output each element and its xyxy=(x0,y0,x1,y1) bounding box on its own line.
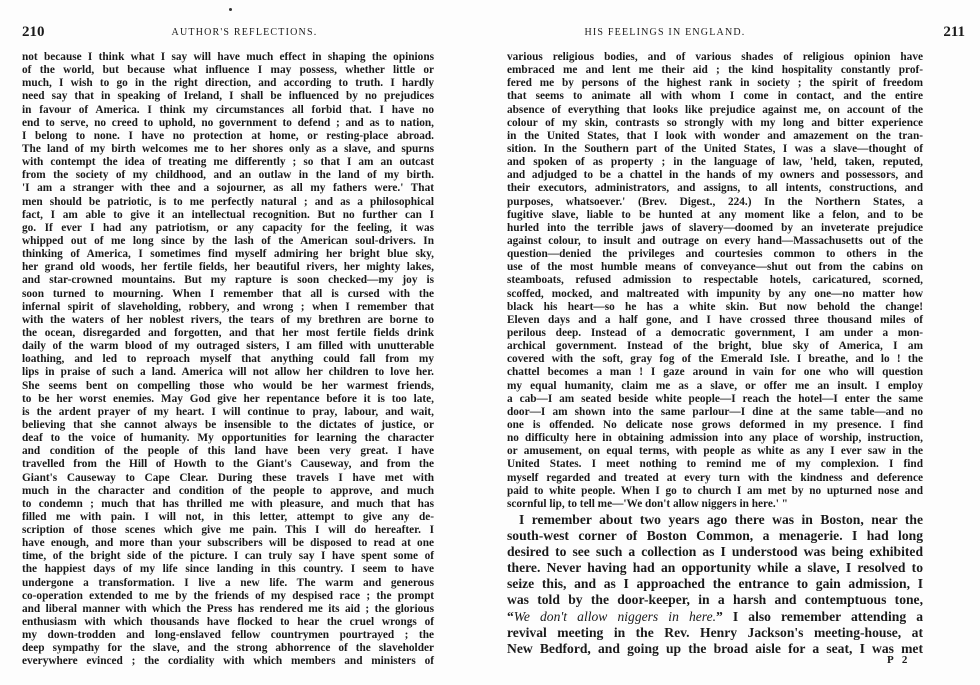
text-line: seize this, and as I approached the entr… xyxy=(507,576,923,592)
text-line: to condemn ; much that has thrilled me w… xyxy=(22,498,434,511)
running-head-title: AUTHOR'S REFLECTIONS. xyxy=(72,27,417,38)
page-number: 211 xyxy=(943,24,965,41)
text-line: scornful lip, to tell me—'We don't allow… xyxy=(507,498,923,511)
text-line: have enough, and more than your subscrib… xyxy=(22,537,434,550)
text-line: time, of the bright side of the picture.… xyxy=(22,550,434,563)
running-head-title: HIS FEELINGS IN ENGLAND. xyxy=(485,27,845,38)
text-line: deep sympathy for the slave, and the str… xyxy=(22,642,434,655)
text-line: co-operation extended to me by the frien… xyxy=(22,590,434,603)
text-line: She seems bent on compelling those who w… xyxy=(22,380,434,393)
text-line: deaf to the voice of humanity. My opport… xyxy=(22,432,434,445)
text-line: much in the character and condition of t… xyxy=(22,485,434,498)
text-line: I belong to none. I have no protection a… xyxy=(22,130,434,143)
text-line: myself regarded and treated at every tur… xyxy=(507,472,923,485)
text-line: The land of my birth welcomes me to her … xyxy=(22,143,434,156)
text-line: question—denied the privileges and court… xyxy=(507,248,923,261)
left-page: 210 AUTHOR'S REFLECTIONS. not because I … xyxy=(0,0,490,685)
text-line: her grand old woods, her fertile fields,… xyxy=(22,261,434,274)
text-line: purposes, whatsoever.' (Brev. Digest., 2… xyxy=(507,196,923,209)
text-line: United States. I meet nothing to remind … xyxy=(507,458,923,471)
printing-speck xyxy=(229,8,232,11)
signature-mark: P 2 xyxy=(887,654,910,666)
text-line: and liberal manner with which the Press … xyxy=(22,603,434,616)
text-line: that seems to animate all with whom I co… xyxy=(507,90,923,103)
text-line: fered me by persons of the highest rank … xyxy=(507,77,923,90)
text-line: and star-crowned mountains. But my raptu… xyxy=(22,274,434,287)
text-line: in the United States, that I look with w… xyxy=(507,130,923,143)
text-line: the ocean, disregarded and forgotten, an… xyxy=(22,327,434,340)
text-line: end to serve, no creed to uphold, no gov… xyxy=(22,117,434,130)
text-line: door—I am shown into the same parlour—I … xyxy=(507,406,923,419)
text-line: Giant's Causeway to Cape Clear. During t… xyxy=(22,472,434,485)
text-line: fugitive slave, liable to be hunted at a… xyxy=(507,209,923,222)
text-line: with the waters of her noblest rivers, t… xyxy=(22,314,434,327)
text-line: one is offended. No delicate nose grows … xyxy=(507,419,923,432)
text-line: archical government. Instead of the brig… xyxy=(507,340,923,353)
right-page: HIS FEELINGS IN ENGLAND. 211 various rel… xyxy=(490,0,980,685)
text-line: and adjudged to be a chattel in the hand… xyxy=(507,169,923,182)
running-head: HIS FEELINGS IN ENGLAND. 211 xyxy=(505,24,965,42)
text-line: colour of my skin, contrasts so strongly… xyxy=(507,117,923,130)
text-line: chattel becomes a man ! I gaze around in… xyxy=(507,366,923,379)
text-line: need say that in speaking of Ireland, I … xyxy=(22,90,434,103)
text-line: from the society of my childhood, and an… xyxy=(22,169,434,182)
text-line: desired to see such a collection as I un… xyxy=(507,544,923,560)
text-line: hurled into the terrible jaws of slavery… xyxy=(507,222,923,235)
text-line: against colour, to insult and outrage on… xyxy=(507,235,923,248)
text-line: and spoken of as property ; in the langu… xyxy=(507,156,923,169)
text-line: men should be patriotic, is to me perfec… xyxy=(22,196,434,209)
text-line: scoffed, mocked, and maltreated with imp… xyxy=(507,288,923,301)
text-line: was told by the door-keeper, in a harsh … xyxy=(507,592,923,608)
body-text: not because I think what I say will have… xyxy=(22,51,434,669)
text-line: everywhere evinced ; the cordiality with… xyxy=(22,655,434,668)
text-line: undergone a transformation. I live a new… xyxy=(22,577,434,590)
text-line: perilous deep. Instead of a democratic g… xyxy=(507,327,923,340)
text-line: believing that she cannot always be inse… xyxy=(22,419,434,432)
text-line: much, I wish to go in the right directio… xyxy=(22,77,434,90)
text-line: absence of everything that looks like pr… xyxy=(507,104,923,117)
text-line: 'I am a stranger with thee and a sojourn… xyxy=(22,182,434,195)
text-line: use of the most humble means of conveyan… xyxy=(507,261,923,274)
text-line: in favour of America. I think my circums… xyxy=(22,104,434,117)
text-line: fact, I am able to give it an intellectu… xyxy=(22,209,434,222)
text-line: with contempt the idea of treating me di… xyxy=(22,156,434,169)
text-line: paid to white people. When I go to churc… xyxy=(507,485,923,498)
text-line: revival meeting in the Rev. Henry Jackso… xyxy=(507,625,923,641)
text-line: enthusiasm with which thousands have flo… xyxy=(22,616,434,629)
book-spread: 210 AUTHOR'S REFLECTIONS. not because I … xyxy=(0,0,980,685)
text-line: black his heart—so he has a white skin. … xyxy=(507,301,923,314)
text-line: covered with the soft, gray fog of the E… xyxy=(507,353,923,366)
text-line: daily of the warm blood of my outraged s… xyxy=(22,340,434,353)
text-line: the happiest days of my life since landi… xyxy=(22,563,434,576)
text-line: to be her worst enemies. May God give he… xyxy=(22,393,434,406)
text-line: of the world, but because what influence… xyxy=(22,64,434,77)
text-line: filled me with pain. I will not, in this… xyxy=(22,511,434,524)
text-line: various religious bodies, and of various… xyxy=(507,51,923,64)
text-line: embraced me and lent me their aid ; the … xyxy=(507,64,923,77)
text-line: “We don't allow niggers in here.” I also… xyxy=(507,609,923,625)
text-line: their executors, administrators, and ass… xyxy=(507,182,923,195)
text-line: is the ardent prayer of my heart. I will… xyxy=(22,406,434,419)
running-head: 210 AUTHOR'S REFLECTIONS. xyxy=(22,24,477,42)
text-line: a cab—I am seated beside white people—I … xyxy=(507,393,923,406)
text-line: infernal spirit of slaveholding, robbery… xyxy=(22,301,434,314)
text-line: scription of those scenes which give me … xyxy=(22,524,434,537)
text-line: not because I think what I say will have… xyxy=(22,51,434,64)
text-line: there. Never having had an opportunity w… xyxy=(507,560,923,576)
text-line: lips in praise of such a land. America w… xyxy=(22,366,434,379)
text-line: steamboats, refused admission to respect… xyxy=(507,274,923,287)
text-line: thinking of America, I sometimes find my… xyxy=(22,248,434,261)
text-line: New Bedford, and going up the broad aisl… xyxy=(507,641,923,657)
page-number: 210 xyxy=(22,24,45,41)
text-line: my equal humanity, claim me as a slave, … xyxy=(507,380,923,393)
text-line: travelled from the Hill of Howth to the … xyxy=(22,458,434,471)
text-line: soon turned to mourning. When I remember… xyxy=(22,288,434,301)
italic-quote: We don't allow niggers in here. xyxy=(514,609,716,624)
text-line: south-west corner of Boston Common, a me… xyxy=(507,528,923,544)
text-line: or amusement, on equal terms, with peopl… xyxy=(507,445,923,458)
text-line: my down-trodden and long-enslaved fellow… xyxy=(22,629,434,642)
text-line: no difficulty here in obtaining admissio… xyxy=(507,432,923,445)
text-line: sition. In the Southern part of the Unit… xyxy=(507,143,923,156)
quoted-letter-text: various religious bodies, and of various… xyxy=(507,51,923,511)
paragraph-menagerie: I remember about two years ago there was… xyxy=(507,512,923,657)
text-line: Eleven days and a half gone, and I have … xyxy=(507,314,923,327)
text-line: loathing, and led to reproach myself tha… xyxy=(22,353,434,366)
text-line: go. If ever I had any patriotism, or any… xyxy=(22,222,434,235)
text-line: whipped out of me long since by the lash… xyxy=(22,235,434,248)
text-line: and condition of the people of this land… xyxy=(22,445,434,458)
text-line: I remember about two years ago there was… xyxy=(507,512,923,528)
